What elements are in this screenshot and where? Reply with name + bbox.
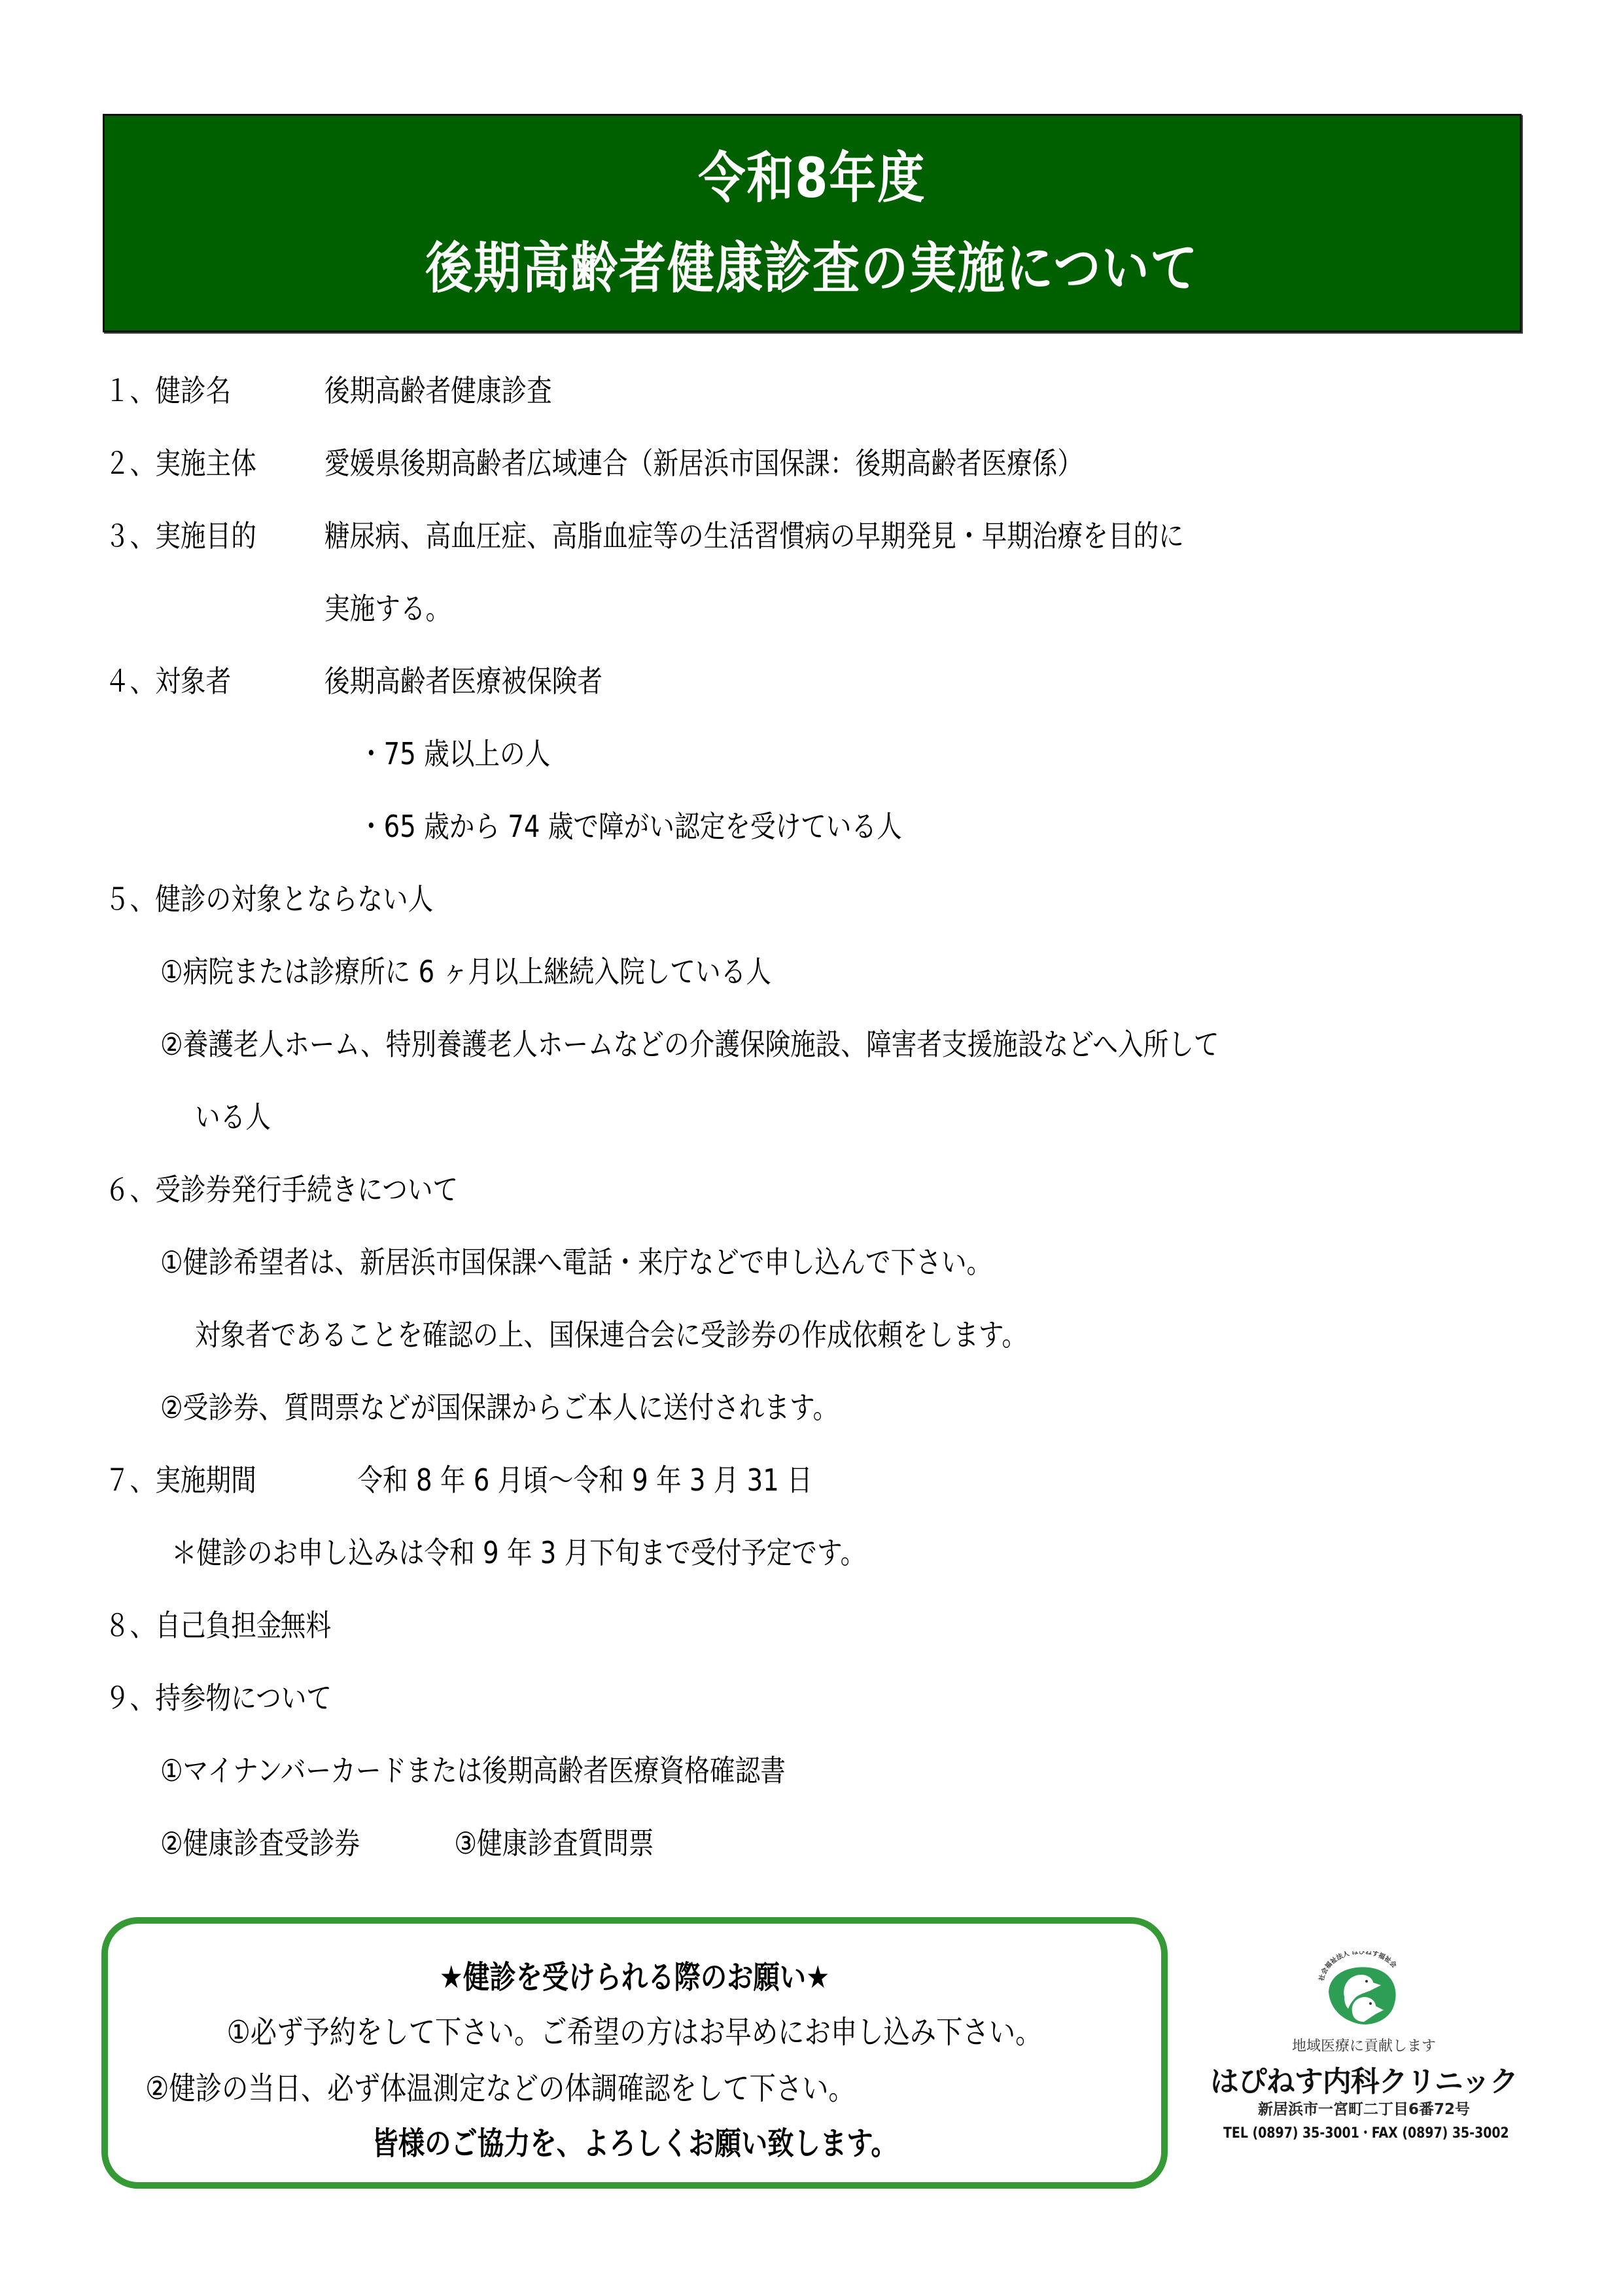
notice-title: ★健診を受けられる際のお願い★: [108, 1958, 1161, 1997]
notice-closing: 皆様のご協力を、よろしくお願い致します。: [108, 2124, 1161, 2163]
section-9-item-3: ③健康診査質問票: [454, 1826, 654, 1861]
section-4-value: 後期高齢者医療被保険者: [324, 663, 602, 699]
section-4: ４、対象者後期高齢者医療被保険者: [105, 662, 602, 701]
notice-box: ★健診を受けられる際のお願い★ ①必ず予約をして下さい。ご希望の方はお早めにお申…: [101, 1917, 1168, 2189]
section-1-label: １、健診名: [105, 371, 324, 410]
section-1-value: 後期高齢者健康診査: [324, 373, 552, 408]
section-4-label: ４、対象者: [105, 662, 324, 701]
section-3-label: ３、実施目的: [105, 516, 324, 556]
section-7: ７、実施期間令和 8 年 6 月頃～令和 9 年 3 月 31 日: [105, 1460, 812, 1500]
section-3-value: 糖尿病、高血圧症、高脂血症等の生活習慣病の早期発見・早期治療を目的に: [324, 518, 1184, 554]
notice-item-1: ①必ず予約をして下さい。ご希望の方はお早めにお申し込み下さい。: [108, 2013, 1161, 2052]
section-2-label: ２、実施主体: [105, 444, 324, 483]
clinic-contact: TEL (0897) 35-3001・FAX (0897) 35-3002: [1223, 2122, 1505, 2142]
title-year: 令和8年度: [699, 150, 926, 205]
section-6-item-1-continued: 対象者であることを確認の上、国保連合会に受診券の作成依頼をします。: [195, 1315, 1027, 1354]
section-9-item-2: ②健康診査受診券: [160, 1824, 454, 1863]
section-7-label: ７、実施期間: [105, 1460, 357, 1500]
duck-logo-icon: 社会福祉法人 はぴねす福祉会: [1316, 1951, 1407, 2030]
title-main: 後期高齢者健康診査の実施について: [426, 241, 1199, 296]
clinic-name: はぴねす内科クリニック: [1200, 2058, 1527, 2100]
notice-item-2: ②健診の当日、必ず体温測定などの体調確認をして下さい。: [0, 2069, 1027, 2108]
clinic-slogan: 地域医療に貢献します: [1200, 2035, 1527, 2055]
section-5-item-1: ①病院または診療所に 6 ヶ月以上継続入院している人: [160, 952, 771, 991]
section-6-label: ６、受診券発行手続きについて: [105, 1170, 458, 1209]
section-9-item-1: ①マイナンバーカードまたは後期高齢者医療資格確認書: [160, 1751, 786, 1790]
section-2: ２、実施主体愛媛県後期高齢者広域連合（新居浜市国保課：後期高齢者医療係）: [105, 444, 1083, 483]
section-9-items-2-3: ②健康診査受診券③健康診査質問票: [160, 1824, 654, 1863]
section-4-bullet-2: ・65 歳から 74 歳で障がい認定を受けている人: [358, 807, 902, 846]
section-9-label: ９、持参物について: [105, 1678, 332, 1718]
section-5-label: ５、健診の対象とならない人: [105, 879, 433, 919]
section-1: １、健診名後期高齢者健康診査: [105, 371, 552, 410]
section-5-item-2: ②養護老人ホーム、特別養護老人ホームなどの介護保険施設、障害者支援施設などへ入所…: [160, 1025, 1219, 1064]
section-3-value-continued: 実施する。: [324, 589, 451, 628]
section-6-item-1: ①健診希望者は、新居浜市国保課へ電話・来庁などで申し込んで下さい。: [160, 1243, 992, 1282]
section-5-item-2-continued: いる人: [195, 1097, 271, 1137]
section-8: ８、自己負担金無料: [105, 1606, 331, 1645]
section-3: ３、実施目的糖尿病、高血圧症、高脂血症等の生活習慣病の早期発見・早期治療を目的に: [105, 516, 1184, 556]
section-8-value: 無料: [281, 1608, 331, 1643]
section-2-value: 愛媛県後期高齢者広域連合（新居浜市国保課：後期高齢者医療係）: [324, 446, 1083, 481]
section-4-bullet-1: ・75 歳以上の人: [358, 734, 550, 773]
clinic-logo: 社会福祉法人 はぴねす福祉会 地域医療に貢献します はぴねす内科クリニック 新居…: [1200, 1937, 1527, 2159]
section-6-item-2: ②受診券、質問票などが国保課からご本人に送付されます。: [160, 1388, 838, 1427]
section-7-value: 令和 8 年 6 月頃～令和 9 年 3 月 31 日: [357, 1462, 812, 1498]
clinic-address: 新居浜市一宮町二丁目6番72号: [1200, 2097, 1527, 2119]
title-banner: 令和8年度 後期高齢者健康診査の実施について: [103, 114, 1522, 332]
section-8-label: ８、自己負担金: [105, 1606, 281, 1645]
section-7-note: ＊健診のお申し込みは令和 9 年 3 月下旬まで受付予定です。: [171, 1533, 865, 1572]
